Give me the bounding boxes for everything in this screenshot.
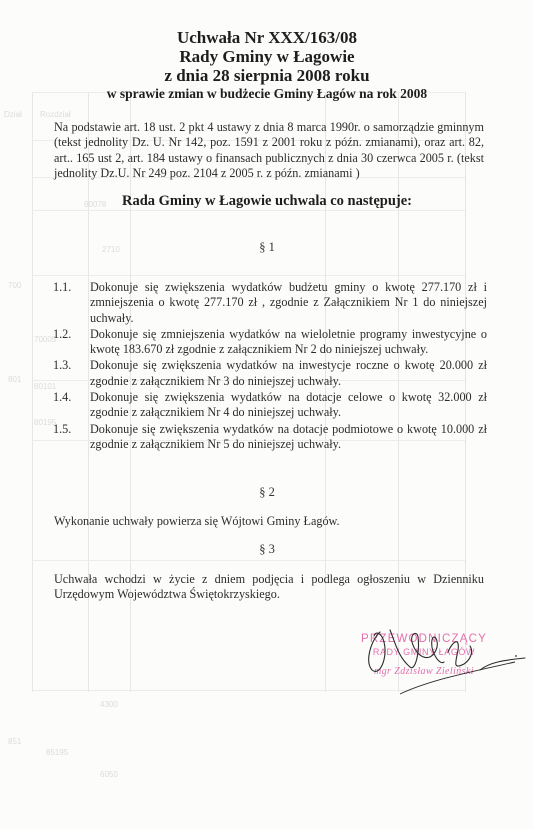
section-item: 1.4. Dokonuje się zwiększenia wydatków n… — [53, 390, 487, 421]
bleed-label: 6050 — [100, 770, 118, 779]
section-2-heading: § 2 — [0, 485, 534, 500]
item-text: Dokonuje się zmniejszenia wydatków na wi… — [90, 327, 487, 358]
section-3-text: Uchwała wchodzi w życie z dniem podjęcia… — [54, 572, 484, 603]
bleed-label: 85195 — [46, 748, 68, 757]
item-text: Dokonuje się zwiększenia wydatków na inw… — [90, 358, 487, 389]
item-number: 1.2. — [53, 327, 90, 358]
item-text: Dokonuje się zwiększenia wydatków na dot… — [90, 390, 487, 421]
council-name: Rady Gminy w Łagowie — [0, 47, 534, 67]
item-text: Dokonuje się zwiększenia wydatków budżet… — [90, 280, 487, 326]
resolution-subject: w sprawie zmian w budżecie Gminy Łagów n… — [0, 86, 534, 102]
bleed-label: 4300 — [100, 700, 118, 709]
section-2-text: Wykonanie uchwały powierza się Wójtowi G… — [54, 514, 484, 529]
resolution-date: z dnia 28 sierpnia 2008 roku — [0, 66, 534, 86]
section-item: 1.3. Dokonuje się zwiększenia wydatków n… — [53, 358, 487, 389]
bleed-label: 851 — [8, 737, 21, 746]
item-number: 1.1. — [53, 280, 90, 326]
section-1-items: 1.1. Dokonuje się zwiększenia wydatków b… — [53, 280, 487, 453]
item-number: 1.4. — [53, 390, 90, 421]
item-text: Dokonuje się zwiększenia wydatków na dot… — [90, 422, 487, 453]
resolves-heading: Rada Gminy w Łagowie uchwala co następuj… — [0, 193, 534, 210]
section-1-heading: § 1 — [0, 240, 534, 255]
preamble: Na podstawie art. 18 ust. 2 pkt 4 ustawy… — [54, 120, 484, 181]
resolution-number: Uchwała Nr XXX/163/08 — [0, 28, 534, 48]
bleed-label: 801 — [8, 375, 21, 384]
document-page: Dział Rozdział 60078 2710 700 70005 801 … — [0, 0, 534, 829]
section-3-heading: § 3 — [0, 542, 534, 557]
section-item: 1.2. Dokonuje się zmniejszenia wydatków … — [53, 327, 487, 358]
bleed-label: Rozdział — [40, 110, 71, 119]
section-item: 1.1. Dokonuje się zwiększenia wydatków b… — [53, 280, 487, 326]
section-item: 1.5. Dokonuje się zwiększenia wydatków n… — [53, 422, 487, 453]
handwritten-signature-icon — [340, 622, 530, 702]
item-number: 1.5. — [53, 422, 90, 453]
bleed-label: Dział — [4, 110, 22, 119]
bleed-label: 700 — [8, 281, 21, 290]
item-number: 1.3. — [53, 358, 90, 389]
